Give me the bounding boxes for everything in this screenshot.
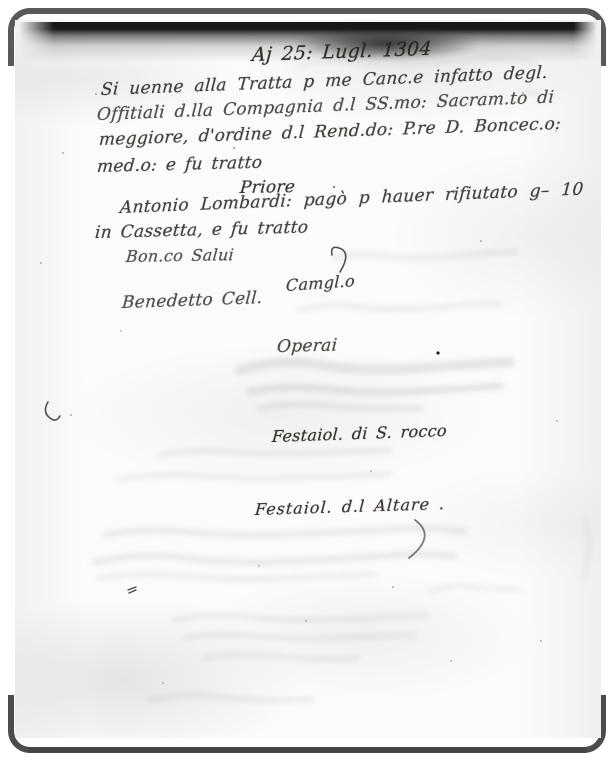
manuscript-page: Aj 25: Lugl. 1304 Si uenne alla Tratta p… [15, 20, 601, 738]
priore-entry-antonio: Antonio Lombardi: pagò p hauer rifiutato… [119, 179, 584, 218]
body-line-4: med.o: e fu tratto [96, 153, 263, 177]
stray-pen-curl [45, 402, 60, 420]
priore-entry-salui: Bon.co Salui [125, 245, 235, 266]
altare-flourish [409, 520, 425, 558]
scanned-manuscript-screenshot: Aj 25: Lugl. 1304 Si uenne alla Tratta p… [0, 0, 614, 760]
priore-entry-cassetta: in Cassetta, e fu tratto [94, 217, 309, 243]
frame-bottom-rail [28, 747, 586, 753]
stray-chevron-mark [128, 587, 136, 593]
operai-heading: Operai [276, 335, 338, 357]
festaiolo-altare-line: Festaiol. d.l Altare . [254, 494, 446, 519]
camarlingo-flourish [332, 247, 346, 272]
ink-specks [15, 20, 17, 22]
frame-top-rail [28, 8, 586, 14]
camarlingo-entry-benedetto: Benedetto Cell. [121, 288, 263, 313]
camarlingo-heading: Camgl.o [286, 271, 356, 295]
festaiolo-san-rocco-line: Festaiol. di S. rocco [271, 421, 447, 446]
